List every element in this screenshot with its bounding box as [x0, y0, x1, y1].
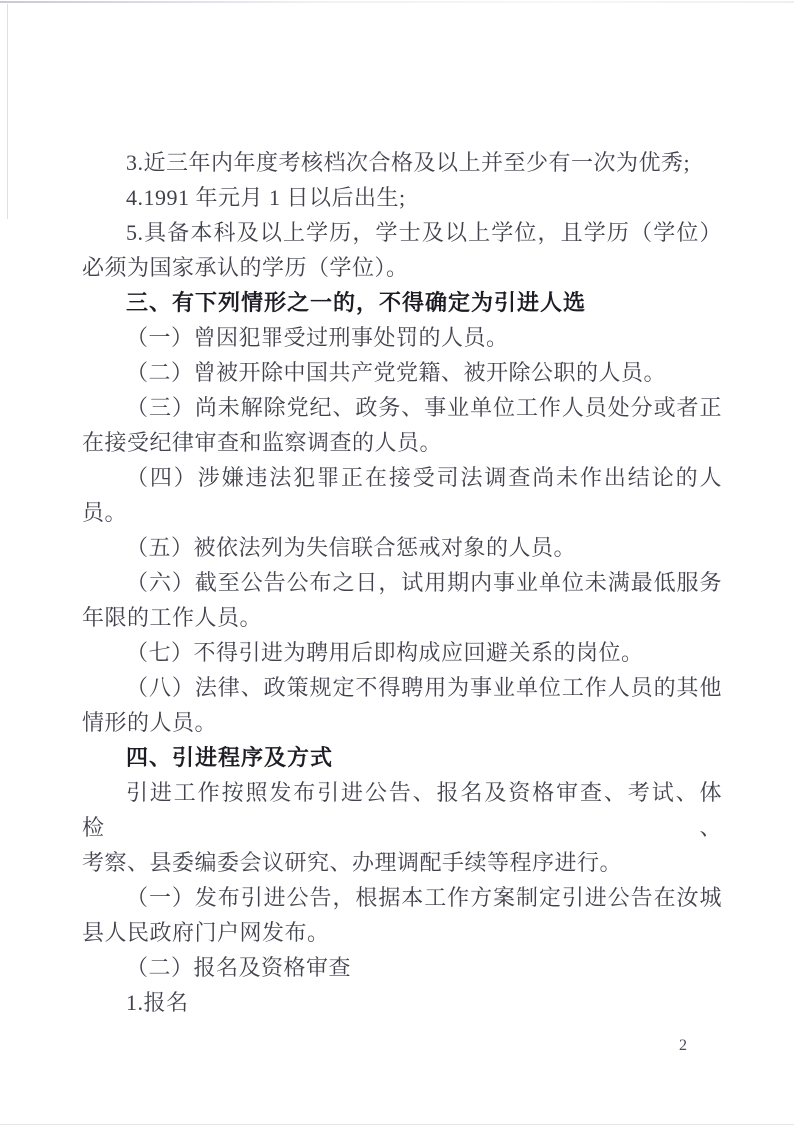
text-line: （二）报名及资格审查 — [82, 950, 722, 985]
page-number: 2 — [679, 1037, 687, 1055]
paragraph: （七）不得引进为聘用后即构成应回避关系的岗位。 — [82, 635, 722, 670]
text-line: （五）被依法列为失信联合惩戒对象的人员。 — [82, 530, 722, 565]
text-line: 必须为国家承认的学历（学位）。 — [82, 250, 722, 285]
text-line: 三、有下列情形之一的，不得确定为引进人选 — [82, 285, 722, 320]
paragraph: （四）涉嫌违法犯罪正在接受司法调查尚未作出结论的人员。 — [82, 460, 722, 530]
text-line: 年限的工作人员。 — [82, 600, 722, 635]
paragraph: 引进工作按照发布引进公告、报名及资格审查、考试、体检、考察、县委编委会议研究、办… — [82, 775, 722, 880]
text-line: 县人民政府门户网发布。 — [82, 915, 722, 950]
paragraph: 1.报名 — [82, 985, 722, 1020]
scanned-document-page: 3.近三年内年度考核档次合格及以上并至少有一次为优秀;4.1991 年元月 1 … — [0, 0, 794, 1125]
text-line: （七）不得引进为聘用后即构成应回避关系的岗位。 — [82, 635, 722, 670]
paragraph: （一）曾因犯罪受过刑事处罚的人员。 — [82, 320, 722, 355]
paragraph: （六）截至公告公布之日，试用期内事业单位未满最低服务年限的工作人员。 — [82, 565, 722, 635]
text-line: 四、引进程序及方式 — [82, 740, 722, 775]
paragraph: （三）尚未解除党纪、政务、事业单位工作人员处分或者正在接受纪律审查和监察调查的人… — [82, 390, 722, 460]
text-line: （一）曾因犯罪受过刑事处罚的人员。 — [82, 320, 722, 355]
paragraph: （二）报名及资格审查 — [82, 950, 722, 985]
text-line: （二）曾被开除中国共产党党籍、被开除公职的人员。 — [82, 355, 722, 390]
paragraph: 4.1991 年元月 1 日以后出生; — [82, 180, 722, 215]
section-heading: 三、有下列情形之一的，不得确定为引进人选 — [82, 285, 722, 320]
text-line: 4.1991 年元月 1 日以后出生; — [82, 180, 722, 215]
text-line: （四）涉嫌违法犯罪正在接受司法调查尚未作出结论的人 — [82, 460, 722, 495]
scan-artifact-top-edge — [0, 1, 794, 3]
paragraph: （五）被依法列为失信联合惩戒对象的人员。 — [82, 530, 722, 565]
paragraph: （一）发布引进公告，根据本工作方案制定引进公告在汝城县人民政府门户网发布。 — [82, 880, 722, 950]
paragraph: 3.近三年内年度考核档次合格及以上并至少有一次为优秀; — [82, 145, 722, 180]
text-line: 在接受纪律审查和监察调查的人员。 — [82, 425, 722, 460]
text-line: 3.近三年内年度考核档次合格及以上并至少有一次为优秀; — [82, 145, 722, 180]
text-line: （三）尚未解除党纪、政务、事业单位工作人员处分或者正 — [82, 390, 722, 425]
section-heading: 四、引进程序及方式 — [82, 740, 722, 775]
paragraph: （二）曾被开除中国共产党党籍、被开除公职的人员。 — [82, 355, 722, 390]
text-line: 考察、县委编委会议研究、办理调配手续等程序进行。 — [82, 845, 722, 880]
paragraph: 5.具备本科及以上学历，学士及以上学位，且学历（学位）必须为国家承认的学历（学位… — [82, 215, 722, 285]
text-line: （一）发布引进公告，根据本工作方案制定引进公告在汝城 — [82, 880, 722, 915]
text-line: （六）截至公告公布之日，试用期内事业单位未满最低服务 — [82, 565, 722, 600]
text-line: 员。 — [82, 495, 722, 530]
text-line: （八）法律、政策规定不得聘用为事业单位工作人员的其他 — [82, 670, 722, 705]
text-line: 引进工作按照发布引进公告、报名及资格审查、考试、体检、 — [82, 775, 722, 845]
paragraph: （八）法律、政策规定不得聘用为事业单位工作人员的其他情形的人员。 — [82, 670, 722, 740]
text-line: 5.具备本科及以上学历，学士及以上学位，且学历（学位） — [82, 215, 722, 250]
text-line: 情形的人员。 — [82, 705, 722, 740]
text-line: 1.报名 — [82, 985, 722, 1020]
scan-artifact-left-edge — [7, 4, 8, 219]
document-body: 3.近三年内年度考核档次合格及以上并至少有一次为优秀;4.1991 年元月 1 … — [82, 145, 722, 1020]
